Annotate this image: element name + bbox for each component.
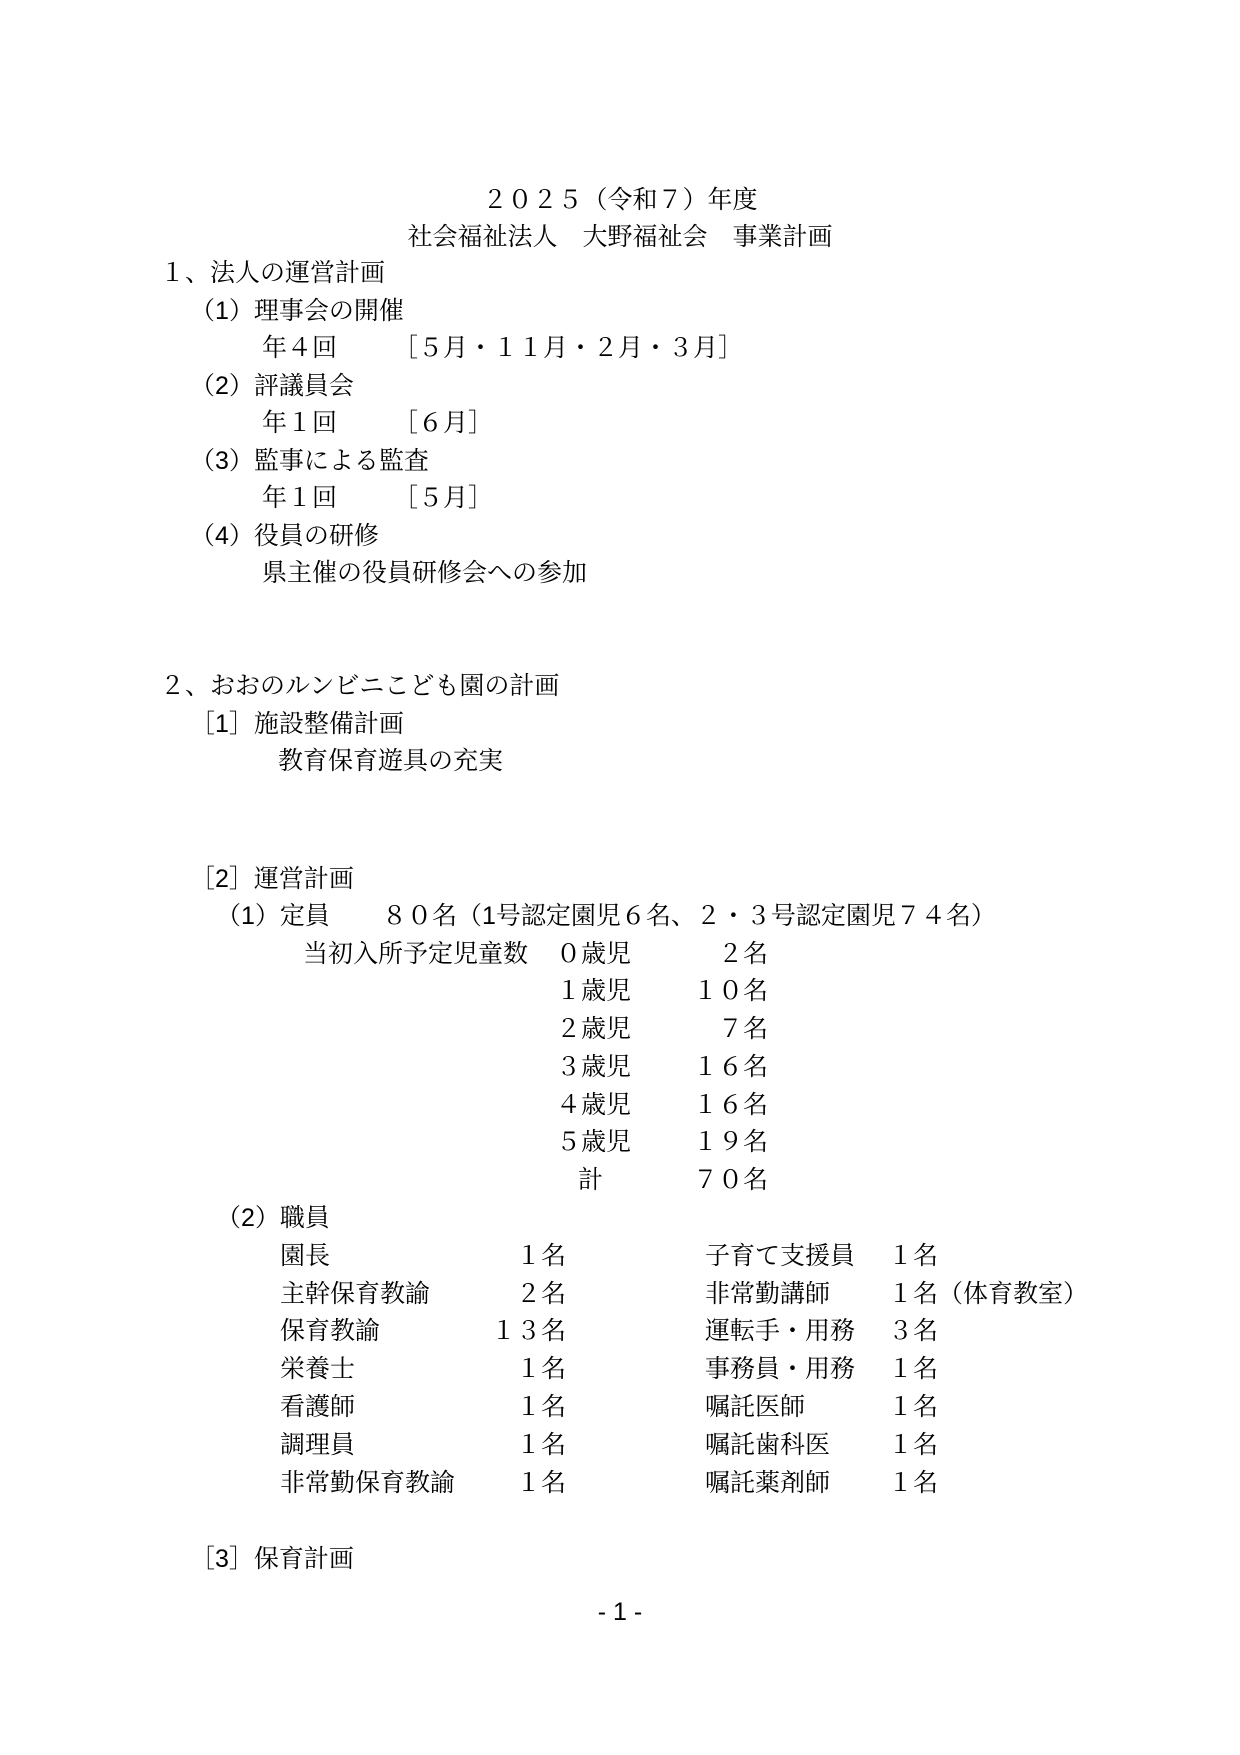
- staff-left-row-4-role: 看護師: [280, 1393, 355, 1421]
- staff-left-row-5-count: １名: [400, 1431, 566, 1459]
- council-meeting-label: （2）評議員会: [190, 372, 354, 400]
- staff-left-row-2-count: １３名: [400, 1317, 566, 1345]
- staff-right-row-3-role: 事務員・用務: [705, 1355, 855, 1383]
- staff-right-row-4-role: 嘱託医師: [705, 1393, 805, 1421]
- officer-training-detail: 県主催の役員研修会への参加: [262, 559, 587, 587]
- staff-left-row-1-count: ２名: [400, 1280, 566, 1308]
- age-row-1-count: １０名: [618, 977, 768, 1005]
- age-row-2-count: ７名: [618, 1015, 768, 1043]
- officer-training-label: （4）役員の研修: [190, 522, 379, 550]
- age-row-5-count: １９名: [618, 1128, 768, 1156]
- staff-right-row-5-role: 嘱託歯科医: [705, 1431, 830, 1459]
- staff-right-row-5-count: １名: [888, 1431, 938, 1459]
- title-fiscal-year: ２０２５（令和７）年度: [0, 186, 1240, 214]
- staff-left-row-6-count: １名: [400, 1469, 566, 1497]
- staff-right-row-6-count: １名: [888, 1469, 938, 1497]
- staff-right-row-2-count: ３名: [888, 1317, 938, 1345]
- capacity-label: （1）定員: [216, 902, 330, 930]
- title-main: 社会福祉法人 大野福祉会 事業計画: [0, 223, 1240, 251]
- staff-label: （2）職員: [216, 1204, 330, 1232]
- staff-left-row-2-role: 保育教諭: [280, 1317, 380, 1345]
- total-count: ７０名: [618, 1166, 768, 1194]
- facility-plan-item: 教育保育遊具の充実: [278, 747, 503, 775]
- section1-heading: １、法人の運営計画: [160, 259, 385, 287]
- staff-left-row-0-role: 園長: [280, 1242, 330, 1270]
- staff-left-row-4-count: １名: [400, 1393, 566, 1421]
- staff-right-row-1-count: １名（体育教室）: [888, 1280, 1088, 1308]
- audit-frequency: 年１回: [262, 484, 337, 512]
- staff-right-row-2-role: 運転手・用務: [705, 1317, 855, 1345]
- council-meeting-schedule: ［６月］: [393, 409, 493, 437]
- staff-left-row-5-role: 調理員: [280, 1431, 355, 1459]
- staff-right-row-3-count: １名: [888, 1355, 938, 1383]
- staff-right-row-1-role: 非常勤講師: [705, 1280, 830, 1308]
- age-row-3-count: １６名: [618, 1053, 768, 1081]
- capacity-value: ８０名（1号認定園児６名、２・３号認定園児７４名）: [382, 902, 996, 930]
- staff-right-row-6-role: 嘱託薬剤師: [705, 1469, 830, 1497]
- age-row-0-count: ２名: [618, 940, 768, 968]
- council-meeting-frequency: 年１回: [262, 409, 337, 437]
- staff-left-row-3-count: １名: [400, 1355, 566, 1383]
- audit-schedule: ［５月］: [393, 484, 493, 512]
- page-number: - 1 -: [0, 1598, 1240, 1626]
- initial-enrollment-label: 当初入所予定児童数: [303, 940, 528, 968]
- staff-left-row-0-count: １名: [400, 1242, 566, 1270]
- audit-label: （3）監事による監査: [190, 447, 429, 475]
- board-of-directors-schedule: ［５月・１１月・２月・３月］: [393, 334, 743, 362]
- staff-left-row-3-role: 栄養士: [280, 1355, 355, 1383]
- section2-heading: ２、おおのルンビニこども園の計画: [160, 672, 559, 700]
- total-label: 計: [578, 1166, 603, 1194]
- staff-right-row-4-count: １名: [888, 1393, 938, 1421]
- operation-plan-heading: ［2］運営計画: [190, 865, 354, 893]
- facility-plan-heading: ［1］施設整備計画: [190, 710, 404, 738]
- childcare-plan-heading: ［3］保育計画: [190, 1545, 354, 1573]
- age-row-4-count: １６名: [618, 1091, 768, 1119]
- staff-right-row-0-count: １名: [888, 1242, 938, 1270]
- document-page: ２０２５（令和７）年度 社会福祉法人 大野福祉会 事業計画 １、法人の運営計画 …: [0, 0, 1240, 1755]
- board-of-directors-label: （1）理事会の開催: [190, 297, 404, 325]
- staff-right-row-0-role: 子育て支援員: [705, 1242, 855, 1270]
- board-of-directors-frequency: 年４回: [262, 334, 337, 362]
